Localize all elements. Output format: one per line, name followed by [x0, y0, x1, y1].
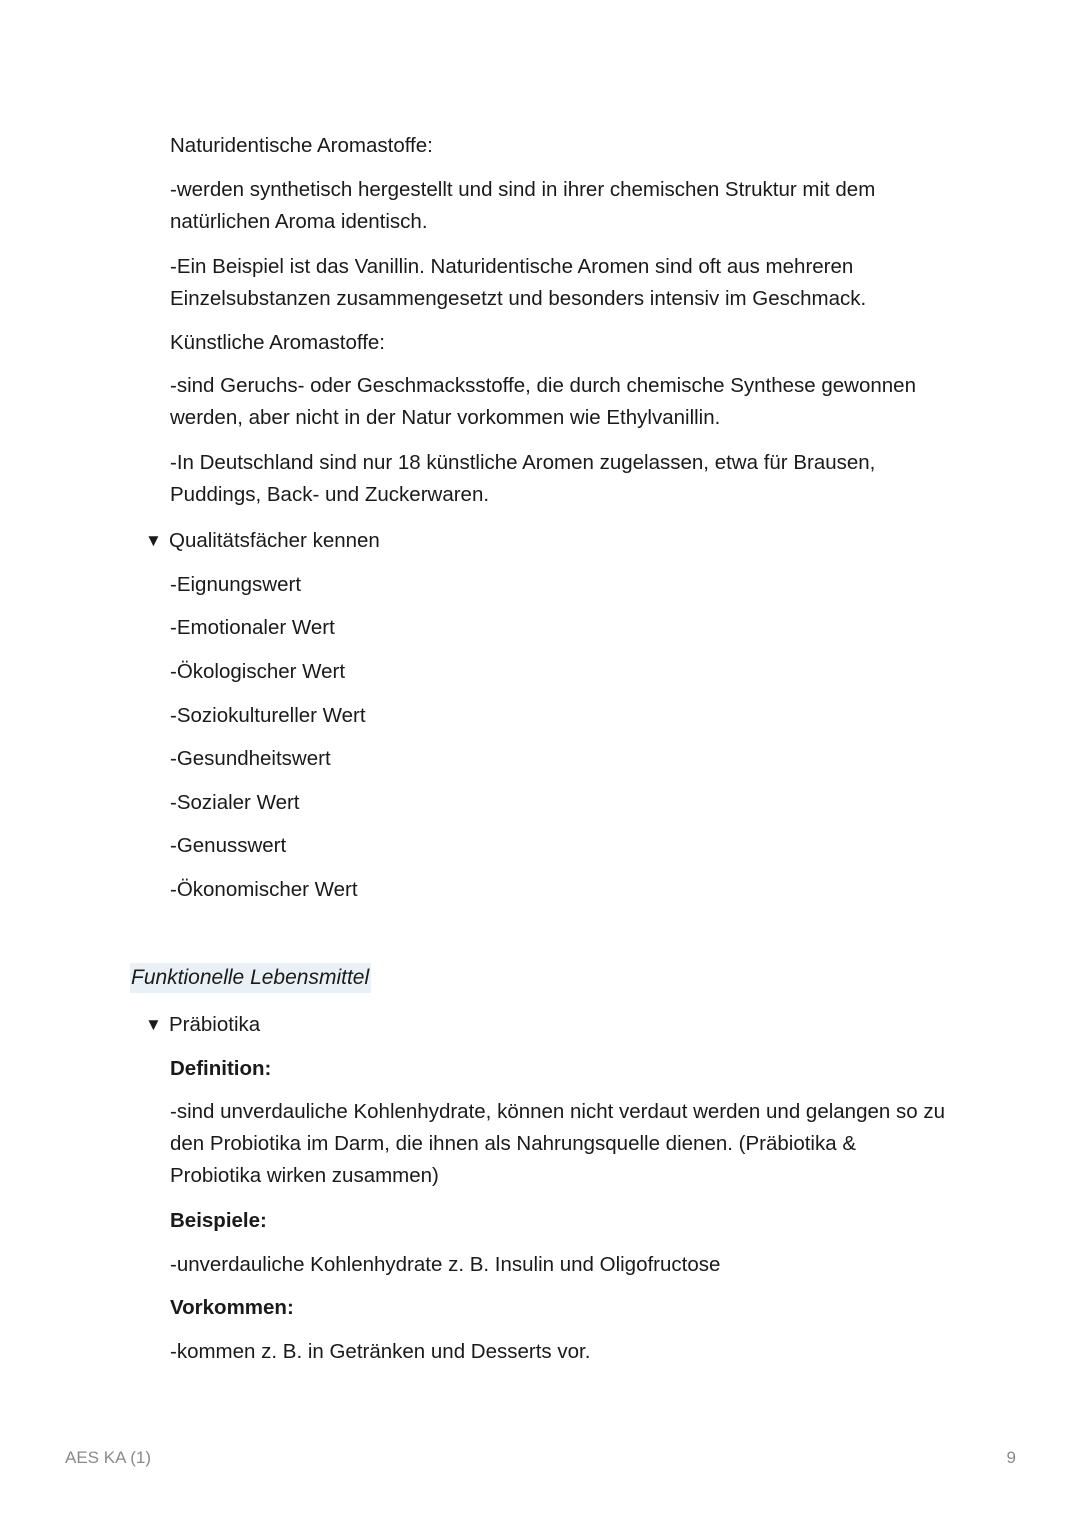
definition-label: Definition:: [170, 1053, 950, 1085]
toggle-praebiotika[interactable]: ▼Präbiotika: [145, 1009, 260, 1041]
list-item: -Soziokultureller Wert: [170, 700, 950, 732]
naturidentisch-point-2: -Ein Beispiel ist das Vanillin. Naturide…: [170, 251, 950, 315]
section-heading: Funktionelle Lebensmittel: [130, 963, 371, 993]
list-item: -Ökologischer Wert: [170, 656, 950, 688]
beispiele-label: Beispiele:: [170, 1205, 950, 1237]
list-item: -Ökonomischer Wert: [170, 874, 950, 906]
toggle-qualitaetsfaecher[interactable]: ▼Qualitätsfächer kennen: [145, 525, 380, 557]
list-item: -Eignungswert: [170, 569, 950, 601]
definition-text: -sind unverdauliche Kohlenhydrate, könne…: [170, 1096, 950, 1192]
list-item: -Genusswert: [170, 830, 950, 862]
triangle-down-icon[interactable]: ▼: [145, 525, 169, 557]
vorkommen-label: Vorkommen:: [170, 1292, 950, 1324]
document-page: Naturidentische Aromastoffe: -werden syn…: [0, 0, 1080, 1528]
kuenstlich-point-1: -sind Geruchs- oder Geschmacksstoffe, di…: [170, 370, 950, 434]
kuenstlich-point-2: -In Deutschland sind nur 18 künstliche A…: [170, 447, 950, 511]
toggle-title: Qualitätsfächer kennen: [169, 529, 380, 552]
naturidentisch-title: Naturidentische Aromastoffe:: [170, 130, 950, 162]
kuenstlich-title: Künstliche Aromastoffe:: [170, 327, 950, 359]
vorkommen-text: -kommen z. B. in Getränken und Desserts …: [170, 1336, 950, 1368]
naturidentisch-point-1: -werden synthetisch hergestellt und sind…: [170, 174, 950, 238]
triangle-down-icon[interactable]: ▼: [145, 1009, 169, 1041]
list-item: -Sozialer Wert: [170, 787, 950, 819]
list-item: -Gesundheitswert: [170, 743, 950, 775]
toggle-title: Präbiotika: [169, 1013, 260, 1036]
footer-document-title: AES KA (1): [65, 1448, 151, 1468]
beispiele-text: -unverdauliche Kohlenhydrate z. B. Insul…: [170, 1249, 950, 1281]
list-item: -Emotionaler Wert: [170, 612, 950, 644]
footer-page-number: 9: [1007, 1448, 1016, 1468]
